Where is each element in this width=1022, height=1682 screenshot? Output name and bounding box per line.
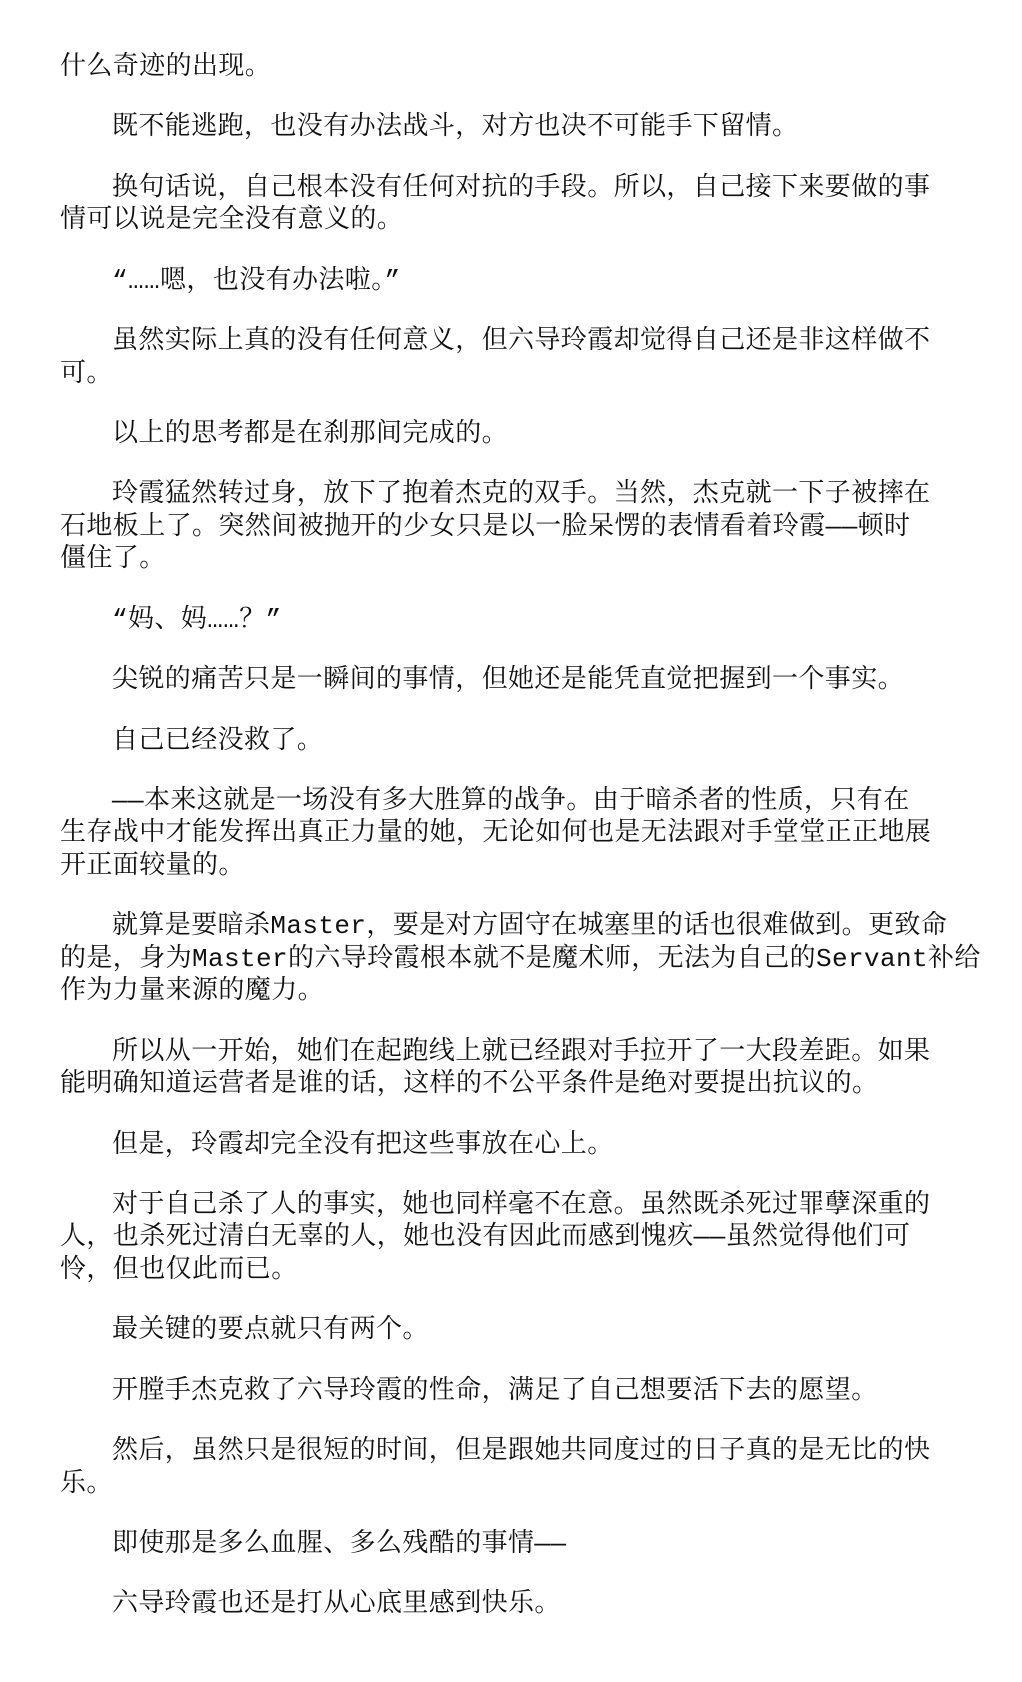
text-line: 虽然实际上真的没有任何意义，但六导玲霞却觉得自己还是非这样做不	[60, 325, 970, 358]
text-line: 可。	[60, 358, 970, 391]
text-line: 就算是要暗杀Master，要是对方固守在城塞里的话也很难做到。更致命	[60, 910, 970, 943]
paragraph: 既不能逃跑，也没有办法战斗，对方也决不可能手下留情。	[60, 111, 970, 144]
paragraph: ——本来这就是一场没有多大胜算的战争。由于暗杀者的性质，只有在生存战中才能发挥出…	[60, 785, 970, 883]
paragraph: 然后，虽然只是很短的时间，但是跟她共同度过的日子真的是无比的快乐。	[60, 1435, 970, 1500]
paragraph: 最关键的要点就只有两个。	[60, 1314, 970, 1347]
text-line: 自己已经没救了。	[60, 725, 970, 758]
text-line: 怜，但也仅此而已。	[60, 1254, 970, 1287]
text-line: 但是，玲霞却完全没有把这些事放在心上。	[60, 1129, 970, 1162]
text-line: 石地板上了。突然间被抛开的少女只是以一脸呆愣的表情看着玲霞——顿时	[60, 511, 970, 544]
text-line: 情可以说是完全没有意义的。	[60, 204, 970, 237]
paragraph: 尖锐的痛苦只是一瞬间的事情，但她还是能凭直觉把握到一个事实。	[60, 664, 970, 697]
text-line: 人，也杀死过清白无辜的人，她也没有因此而感到愧疚——虽然觉得他们可	[60, 1221, 970, 1254]
text-line: 换句话说，自己根本没有任何对抗的手段。所以，自己接下来要做的事	[60, 172, 970, 205]
text-line: 以上的思考都是在刹那间完成的。	[60, 418, 970, 451]
text-line: 生存战中才能发挥出真正力量的她，无论如何也是无法跟对手堂堂正正地展	[60, 817, 970, 850]
paragraph: 即使那是多么血腥、多么残酷的事情——	[60, 1528, 970, 1561]
text-line: 六导玲霞也还是打从心底里感到快乐。	[60, 1588, 970, 1621]
paragraph: “……嗯，也没有办法啦。”	[60, 265, 970, 298]
text-line: 然后，虽然只是很短的时间，但是跟她共同度过的日子真的是无比的快	[60, 1435, 970, 1468]
paragraph: 但是，玲霞却完全没有把这些事放在心上。	[60, 1129, 970, 1162]
text-line: 开正面较量的。	[60, 850, 970, 883]
text-line: ——本来这就是一场没有多大胜算的战争。由于暗杀者的性质，只有在	[60, 785, 970, 818]
document-page: 什么奇迹的出现。既不能逃跑，也没有办法战斗，对方也决不可能手下留情。换句话说，自…	[60, 51, 970, 1649]
text-line: 开膛手杰克救了六导玲霞的性命，满足了自己想要活下去的愿望。	[60, 1375, 970, 1408]
text-line: “……嗯，也没有办法啦。”	[60, 265, 970, 298]
text-line: 尖锐的痛苦只是一瞬间的事情，但她还是能凭直觉把握到一个事实。	[60, 664, 970, 697]
text-line: 玲霞猛然转过身，放下了抱着杰克的双手。当然，杰克就一下子被摔在	[60, 478, 970, 511]
text-line: 既不能逃跑，也没有办法战斗，对方也决不可能手下留情。	[60, 111, 970, 144]
text-line: 僵住了。	[60, 543, 970, 576]
text-line: 对于自己杀了人的事实，她也同样毫不在意。虽然既杀死过罪孽深重的	[60, 1189, 970, 1222]
paragraph: 什么奇迹的出现。	[60, 51, 970, 84]
paragraph: 以上的思考都是在刹那间完成的。	[60, 418, 970, 451]
paragraph: 玲霞猛然转过身，放下了抱着杰克的双手。当然，杰克就一下子被摔在石地板上了。突然间…	[60, 478, 970, 576]
paragraph: “妈、妈……？”	[60, 604, 970, 637]
paragraph: 对于自己杀了人的事实，她也同样毫不在意。虽然既杀死过罪孽深重的人，也杀死过清白无…	[60, 1189, 970, 1287]
text-line: 的是，身为Master的六导玲霞根本就不是魔术师，无法为自己的Servant补给	[60, 943, 970, 976]
paragraph: 自己已经没救了。	[60, 725, 970, 758]
text-line: 最关键的要点就只有两个。	[60, 1314, 970, 1347]
paragraph: 虽然实际上真的没有任何意义，但六导玲霞却觉得自己还是非这样做不可。	[60, 325, 970, 390]
text-line: 乐。	[60, 1468, 970, 1501]
text-line: 即使那是多么血腥、多么残酷的事情——	[60, 1528, 970, 1561]
text-line: 作为力量来源的魔力。	[60, 975, 970, 1008]
text-line: 所以从一开始，她们在起跑线上就已经跟对手拉开了一大段差距。如果	[60, 1036, 970, 1069]
paragraph: 就算是要暗杀Master，要是对方固守在城塞里的话也很难做到。更致命的是，身为M…	[60, 910, 970, 1008]
paragraph: 开膛手杰克救了六导玲霞的性命，满足了自己想要活下去的愿望。	[60, 1375, 970, 1408]
text-line: 能明确知道运营者是谁的话，这样的不公平条件是绝对要提出抗议的。	[60, 1068, 970, 1101]
paragraph: 换句话说，自己根本没有任何对抗的手段。所以，自己接下来要做的事情可以说是完全没有…	[60, 172, 970, 237]
paragraph: 六导玲霞也还是打从心底里感到快乐。	[60, 1588, 970, 1621]
text-line: “妈、妈……？”	[60, 604, 970, 637]
text-line: 什么奇迹的出现。	[60, 51, 970, 84]
paragraph: 所以从一开始，她们在起跑线上就已经跟对手拉开了一大段差距。如果能明确知道运营者是…	[60, 1036, 970, 1101]
